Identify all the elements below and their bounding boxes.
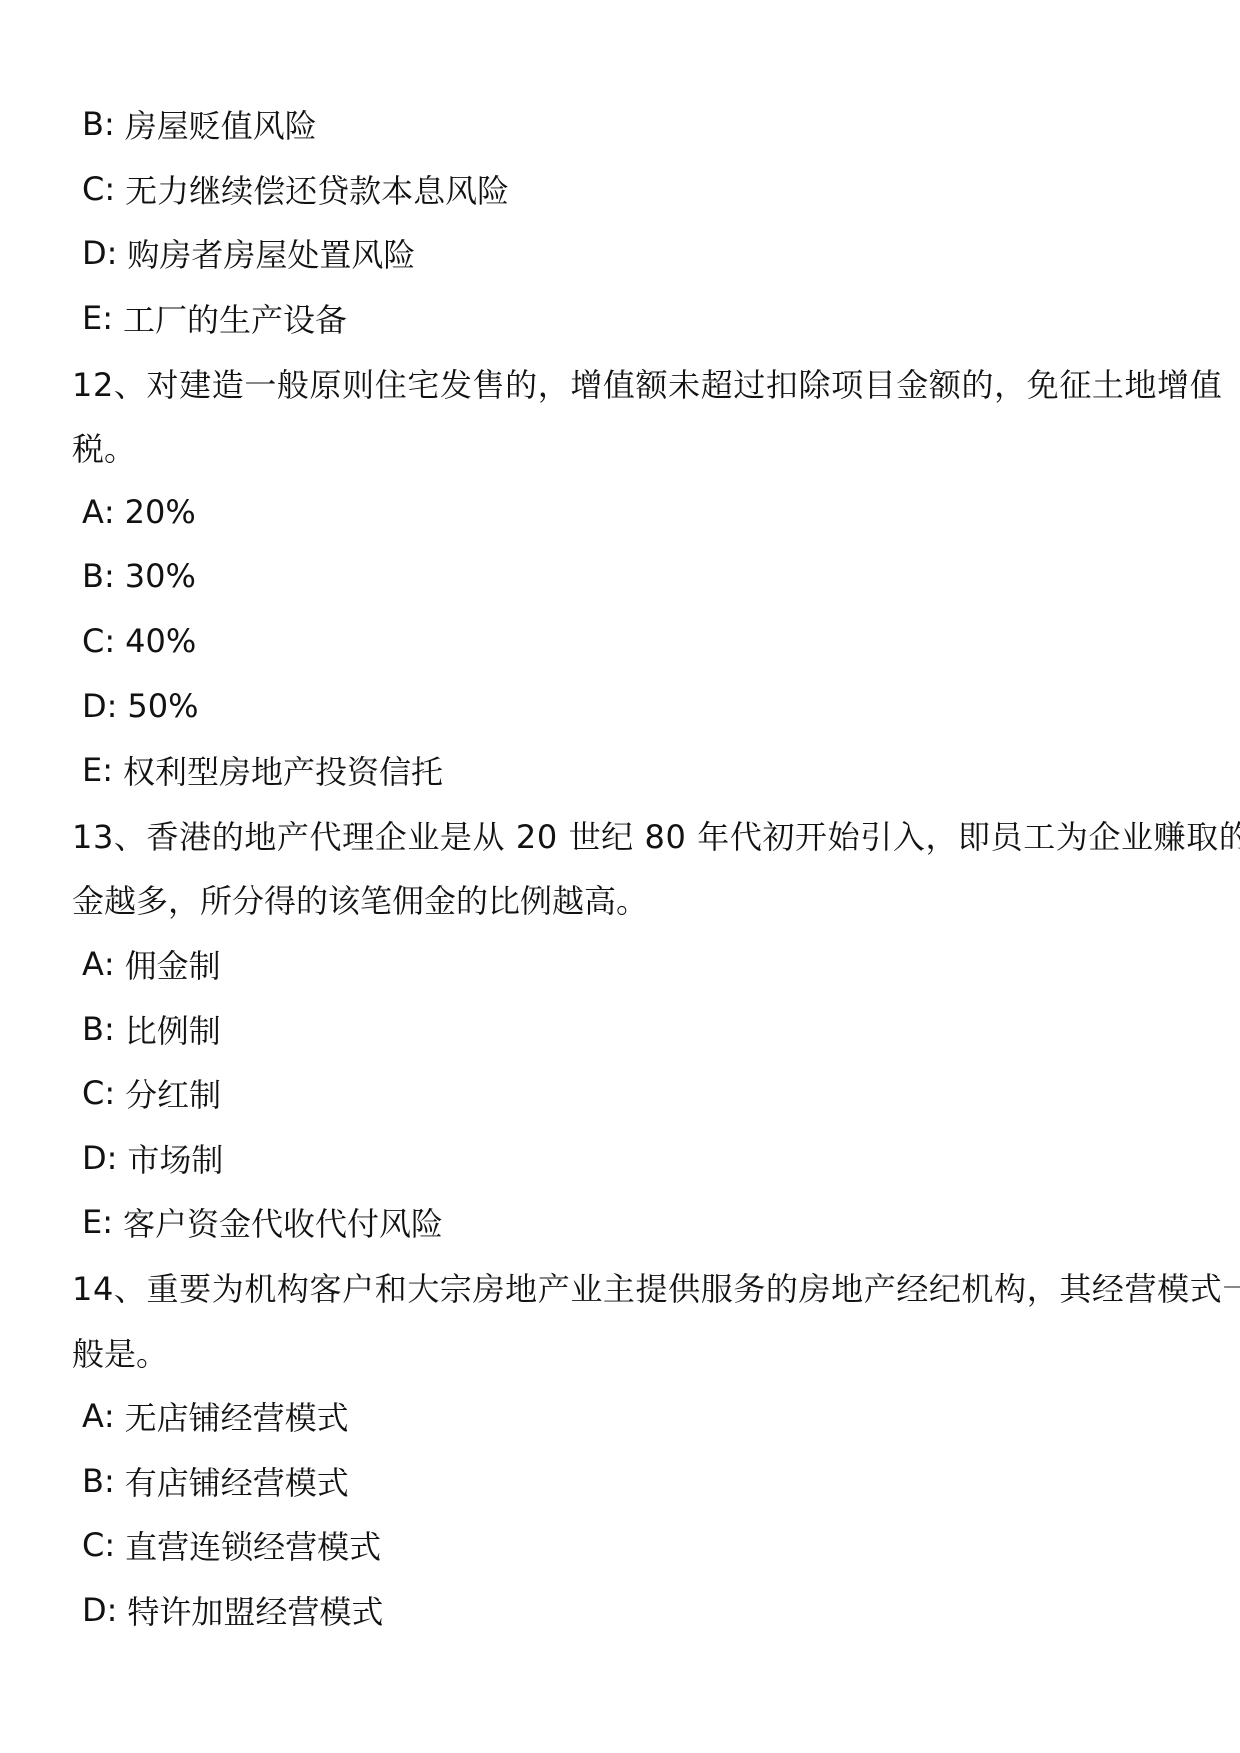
option-separator: : [104,170,115,208]
option-label: E [82,299,102,337]
option-text: 客户资金代收代付风险 [123,1199,443,1245]
option-text: 分红制 [125,1070,221,1116]
option-separator: : [107,234,118,272]
option-line: C:40% [0,609,1240,674]
option-text: 佣金制 [125,941,221,987]
option-text: 房屋贬值风险 [125,101,317,147]
question-stem-line: 般是。 [0,1319,1240,1384]
option-label: C [82,622,104,660]
option-line: A:无店铺经营模式 [0,1384,1240,1449]
option-label: E [82,1203,102,1241]
option-label: B [82,1010,104,1048]
option-label: B [82,1462,104,1500]
document-page: B:房屋贬值风险 C:无力继续偿还贷款本息风险 D:购房者房屋处置风险 E:工厂… [0,0,1240,1753]
option-separator: : [104,622,115,660]
option-line: D:50% [0,673,1240,738]
option-separator: : [104,105,115,143]
option-text: 无店铺经营模式 [125,1393,349,1439]
option-line: B:房屋贬值风险 [0,92,1240,157]
option-label: E [82,751,102,789]
option-text: 30% [125,557,196,595]
option-label: D [82,687,107,725]
option-separator: : [104,1462,115,1500]
option-separator: : [104,1010,115,1048]
question-stem-line: 14、重要为机构客户和大宗房地产业主提供服务的房地产经纪机构，其经营模式一 [0,1255,1240,1320]
option-separator: : [104,1397,115,1435]
question-stem-line: 金越多，所分得的该笔佣金的比例越高。 [0,867,1240,932]
option-line: B:有店铺经营模式 [0,1448,1240,1513]
option-label: D [82,1591,107,1629]
option-text: 特许加盟经营模式 [127,1587,383,1633]
option-separator: : [104,557,115,595]
option-line: B:30% [0,544,1240,609]
option-text: 权利型房地产投资信托 [123,747,443,793]
option-line: C:无力继续偿还贷款本息风险 [0,157,1240,222]
option-text: 40% [125,622,196,660]
option-label: B [82,557,104,595]
option-text: 直营连锁经营模式 [125,1522,381,1568]
option-label: C [82,1074,104,1112]
option-label: A [82,493,104,531]
option-line: D:市场制 [0,1126,1240,1191]
question-stem-line: 税。 [0,415,1240,480]
option-line: B:比例制 [0,996,1240,1061]
option-label: D [82,234,107,272]
question-stem-line: 13、香港的地产代理企业是从 20 世纪 80 年代初开始引入，即员工为企业赚取… [0,803,1240,868]
option-line: E:权利型房地产投资信托 [0,738,1240,803]
option-text: 有店铺经营模式 [125,1458,349,1504]
question-stem-line: 12、对建造一般原则住宅发售的，增值额未超过扣除项目金额的，免征土地增值 [0,350,1240,415]
option-text: 无力继续偿还贷款本息风险 [125,166,509,212]
option-line: C:分红制 [0,1061,1240,1126]
option-text: 50% [127,687,198,725]
option-line: E:工厂的生产设备 [0,286,1240,351]
option-separator: : [107,1591,118,1629]
option-line: D:特许加盟经营模式 [0,1578,1240,1643]
question-11-options-block: B:房屋贬值风险 C:无力继续偿还贷款本息风险 D:购房者房屋处置风险 E:工厂… [0,92,1240,350]
question-13-block: 13、香港的地产代理企业是从 20 世纪 80 年代初开始引入，即员工为企业赚取… [0,803,1240,1255]
option-separator: : [104,945,115,983]
option-label: B [82,105,104,143]
option-separator: : [104,493,115,531]
option-line: A:20% [0,480,1240,545]
option-separator: : [102,751,113,789]
option-text: 20% [125,493,196,531]
option-line: A:佣金制 [0,932,1240,997]
option-text: 工厂的生产设备 [123,295,347,341]
option-text: 比例制 [125,1006,221,1052]
option-text: 购房者房屋处置风险 [127,230,415,276]
option-label: A [82,945,104,983]
option-line: D:购房者房屋处置风险 [0,221,1240,286]
option-separator: : [107,687,118,725]
option-line: C:直营连锁经营模式 [0,1513,1240,1578]
option-text: 市场制 [127,1135,223,1181]
option-separator: : [102,299,113,337]
option-label: D [82,1139,107,1177]
option-separator: : [104,1074,115,1112]
option-separator: : [107,1139,118,1177]
option-line: E:客户资金代收代付风险 [0,1190,1240,1255]
question-12-block: 12、对建造一般原则住宅发售的，增值额未超过扣除项目金额的，免征土地增值 税。 … [0,350,1240,802]
option-label: A [82,1397,104,1435]
option-label: C [82,1526,104,1564]
option-separator: : [102,1203,113,1241]
question-14-block: 14、重要为机构客户和大宗房地产业主提供服务的房地产经纪机构，其经营模式一 般是… [0,1255,1240,1643]
option-separator: : [104,1526,115,1564]
option-label: C [82,170,104,208]
